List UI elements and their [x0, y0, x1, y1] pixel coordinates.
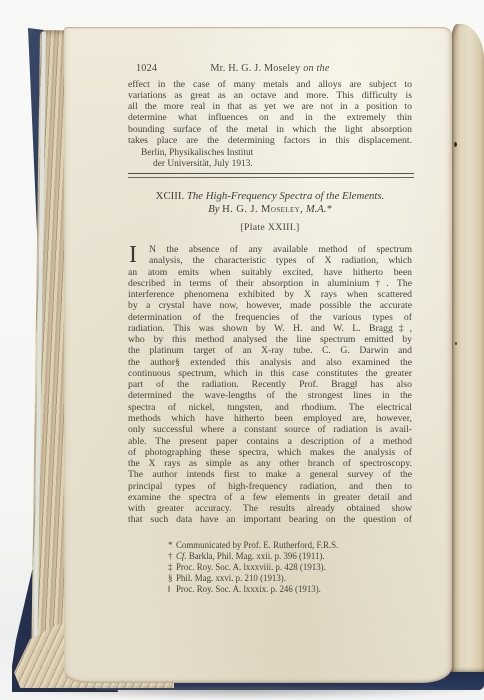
text-line: analysis, the characteristic types of X …	[128, 255, 412, 266]
text-line: with greater accuracy. The results alrea…	[128, 503, 412, 514]
running-header-roman: Mr. H. G. J. Moseley	[210, 63, 300, 74]
text-line: determine what influences on and in the …	[128, 112, 412, 123]
byline-author: H. G. J. Moseley,	[222, 204, 303, 215]
text-line: N the absence of any available method of…	[128, 244, 412, 255]
footnotes: * Communicated by Prof. E. Rutherford, F…	[168, 540, 430, 595]
text-line: part of the radiation. Recently Prof. Br…	[128, 379, 412, 390]
ink-speck	[455, 342, 457, 345]
text-line: who by this method analysed the line spe…	[128, 334, 412, 345]
intro-paragraph: effect in the case of many metals and al…	[128, 79, 412, 146]
book-shadow	[6, 687, 478, 699]
facing-page-fore-edge	[451, 24, 484, 672]
article-title-text: The High-Frequency Spectra of the Elemen…	[187, 190, 385, 202]
byline-by: By	[208, 204, 219, 215]
footnote-italic: Cf.	[176, 551, 189, 561]
text-line: only successful where a constant source …	[128, 424, 412, 435]
text-line: determined the wave-lengths of the stron…	[128, 390, 412, 401]
text-line: able. The present paper contains a descr…	[128, 436, 412, 447]
footnote: ‡ Proc. Roy. Soc. A. lxxxviii. p. 428 (1…	[168, 562, 430, 573]
dropcap-initial: I	[129, 245, 137, 266]
article-number: XCIII.	[156, 190, 184, 202]
text-line: the author§ extended this analysis and a…	[128, 357, 412, 368]
article-title: XCIII. The High-Frequency Spectra of the…	[128, 190, 412, 202]
footnote-symbol: ‡	[168, 562, 176, 573]
photo-background: 1024 Mr. H. G. J. Moseley on the effect …	[0, 0, 484, 700]
book-page: 1024 Mr. H. G. J. Moseley on the effect …	[64, 27, 452, 683]
text-line: variations as great as an octave and mor…	[128, 90, 412, 101]
article-body-lines: N the absence of any available method of…	[128, 244, 412, 526]
text-line: radiation. This was shown by W. H. and W…	[128, 323, 412, 334]
text-line: that such data have an important bearing…	[128, 514, 412, 525]
text-line: bounding surface of the metal in which t…	[128, 124, 412, 135]
text-line: examine the spectra of a few elements in…	[128, 492, 412, 503]
article-byline: By H. G. J. Moseley, M.A.*	[128, 204, 412, 215]
text-line: of photographing these spectra, which ma…	[128, 447, 412, 458]
section-divider-rule	[128, 173, 414, 178]
footnote-symbol: †	[168, 551, 176, 562]
text-line: an atom emits when suitably excited, hav…	[128, 267, 412, 278]
footnote: † Cf. Barkla, Phil. Mag. xxii. p. 396 (1…	[168, 551, 430, 562]
text-line: interference phenomena exhibited by X ra…	[128, 289, 412, 300]
text-line: continuous spectrum, which in this case …	[128, 368, 412, 379]
footnote: * Communicated by Prof. E. Rutherford, F…	[168, 540, 430, 551]
ink-spot	[454, 142, 457, 147]
footnote-symbol: *	[168, 540, 176, 551]
text-line: principal types of high-frequency radiat…	[128, 481, 412, 492]
text-line: effect in the case of many metals and al…	[128, 79, 412, 90]
signoff-line1: Berlin, Physikalisches Institut	[141, 148, 253, 159]
footnote-symbol: §	[168, 573, 176, 584]
text-line: takes place are the determining factors …	[128, 135, 412, 146]
running-header-italic: on the	[303, 63, 329, 74]
text-line: the platinum target of an X-ray tube. C.…	[128, 345, 412, 356]
running-header: 1024 Mr. H. G. J. Moseley on the	[128, 63, 412, 74]
text-line: described in terms of their absorption i…	[128, 278, 412, 289]
footnote: ‖ Proc. Roy. Soc. A. lxxxix. p. 246 (191…	[168, 584, 430, 595]
text-line: determination of the frequencies of the …	[128, 312, 412, 323]
text-line: spectra of nickel, tungsten, and rhodium…	[128, 402, 412, 413]
footnote: § Phil. Mag. xxvi. p. 210 (1913).	[168, 573, 430, 584]
text-line: The author intends first to make a gener…	[128, 469, 412, 480]
text-line: the X rays as simple as any other branch…	[128, 458, 412, 469]
byline-degree: M.A.*	[306, 204, 332, 215]
signoff: Berlin, Physikalisches Institut der Univ…	[141, 148, 253, 169]
text-line: all the more real in that as yet we are …	[128, 101, 412, 112]
page-number: 1024	[136, 63, 157, 74]
text-line: by a crystal have now, however, made pos…	[128, 300, 412, 311]
article-body: I N the absence of any available method …	[128, 244, 412, 526]
plate-reference: [Plate XXIII.]	[128, 222, 412, 233]
signoff-line2: der Universität, July 1913.	[153, 159, 253, 170]
footnote-symbol: ‖	[168, 584, 176, 595]
text-line: methods which have hitherto been employe…	[128, 413, 412, 424]
